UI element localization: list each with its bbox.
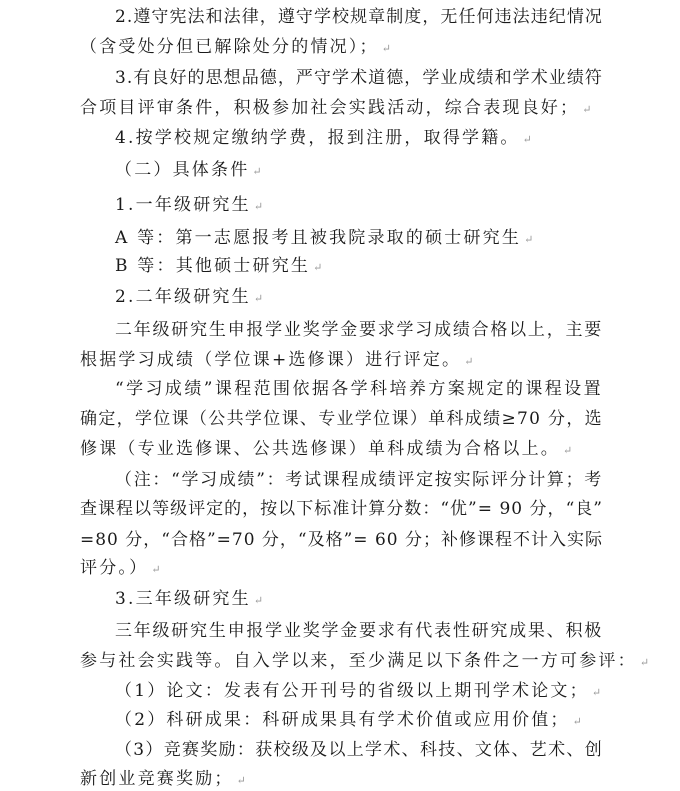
document-line: 1.一年级研究生↵ — [115, 195, 263, 217]
document-line: 根据学习成绩（学位课+选修课）进行评定。↵ — [80, 350, 473, 372]
document-line: 2.遵守宪法和法律，遵守学校规章制度，无任何违法违纪情况 — [115, 7, 603, 27]
document-line: 参与社会实践等。自入学以来，至少满足以下条件之一方可参评：↵ — [80, 651, 649, 673]
line-text: 4.按学校规定缴纳学费，报到注册，取得学籍。 — [115, 128, 520, 148]
document-line: 确定，学位课（公共学位课、专业学位课）单科成绩≥70 分，选 — [80, 409, 603, 429]
document-line: 查课程以等级评定的，按以下标准计算分数：“优”= 90 分，“良” — [80, 499, 603, 519]
document-line: =80 分，“合格”=70 分，“及格”= 60 分；补修课程不计入实际 — [80, 530, 603, 550]
paragraph-mark-icon: ↵ — [464, 355, 473, 368]
document-line: 二年级研究生申报学业奖学金要求学习成绩合格以上，主要 — [115, 320, 603, 340]
document-line: 3.三年级研究生↵ — [115, 589, 263, 611]
line-text: 二年级研究生申报学业奖学金要求学习成绩合格以上，主要 — [115, 320, 603, 340]
line-text: 参与社会实践等。自入学以来，至少满足以下条件之一方可参评： — [80, 651, 637, 671]
paragraph-mark-icon: ↵ — [313, 261, 322, 274]
line-text: 修课（专业选修课、公共选修课）单科成绩为合格以上。 — [80, 439, 560, 459]
line-text: （3）竞赛奖励：获校级及以上学术、科技、文体、艺术、创 — [115, 740, 603, 760]
line-text: （含受处分但已解除处分的情况）； — [80, 37, 379, 57]
paragraph-mark-icon: ↵ — [237, 774, 246, 787]
line-text: 查课程以等级评定的，按以下标准计算分数：“优”= 90 分，“良” — [80, 499, 603, 519]
line-text: 评分。） — [80, 558, 148, 578]
paragraph-mark-icon: ↵ — [563, 444, 572, 457]
document-line: A 等：第一志愿报考且被我院录取的硕士研究生↵ — [115, 228, 533, 250]
line-text: 3.三年级研究生 — [115, 589, 251, 609]
line-text: 根据学习成绩（学位课+选修课）进行评定。 — [80, 350, 461, 370]
paragraph-mark-icon: ↵ — [573, 715, 582, 728]
document-line: （3）竞赛奖励：获校级及以上学术、科技、文体、艺术、创 — [115, 740, 603, 760]
line-text: B 等：其他硕士研究生 — [115, 256, 310, 276]
document-page: 2.遵守宪法和法律，遵守学校规章制度，无任何违法违纪情况（含受处分但已解除处分的… — [0, 0, 680, 791]
document-line: （二）具体条件↵ — [115, 160, 262, 182]
document-line: 修课（专业选修课、公共选修课）单科成绩为合格以上。↵ — [80, 439, 572, 461]
line-text: A 等：第一志愿报考且被我院录取的硕士研究生 — [115, 228, 521, 248]
line-text: （注：“学习成绩”：考试课程成绩评定按实际评分计算；考 — [115, 470, 603, 490]
document-line: 三年级研究生申报学业奖学金要求有代表性研究成果、积极 — [115, 621, 603, 641]
line-text: 三年级研究生申报学业奖学金要求有代表性研究成果、积极 — [115, 621, 603, 641]
paragraph-mark-icon: ↵ — [523, 133, 532, 146]
document-line: （注：“学习成绩”：考试课程成绩评定按实际评分计算；考 — [115, 470, 603, 490]
line-text: 1.一年级研究生 — [115, 195, 251, 215]
document-line: B 等：其他硕士研究生↵ — [115, 256, 322, 278]
paragraph-mark-icon: ↵ — [254, 594, 263, 607]
document-line: 2.二年级研究生↵ — [115, 287, 263, 309]
line-text: 确定，学位课（公共学位课、专业学位课）单科成绩≥70 分，选 — [80, 409, 603, 429]
line-text: 2.二年级研究生 — [115, 287, 251, 307]
line-text: 2.遵守宪法和法律，遵守学校规章制度，无任何违法违纪情况 — [115, 7, 603, 27]
document-line: 新创业竞赛奖励；↵ — [80, 769, 246, 791]
line-text: （二）具体条件 — [115, 160, 249, 180]
document-line: （含受处分但已解除处分的情况）；↵ — [80, 37, 391, 59]
line-text: 合项目评审条件，积极参加社会实践活动，综合表现良好； — [80, 98, 579, 118]
paragraph-mark-icon: ↵ — [254, 292, 263, 305]
paragraph-mark-icon: ↵ — [151, 563, 160, 576]
document-line: 3.有良好的思想品德，严守学术道德，学业成绩和学术业绩符 — [115, 68, 603, 88]
line-text: 3.有良好的思想品德，严守学术道德，学业成绩和学术业绩符 — [115, 68, 603, 88]
document-line: 4.按学校规定缴纳学费，报到注册，取得学籍。↵ — [115, 128, 532, 150]
paragraph-mark-icon: ↵ — [592, 686, 601, 699]
document-line: “学习成绩”课程范围依据各学科培养方案规定的课程设置 — [115, 379, 603, 399]
paragraph-mark-icon: ↵ — [640, 656, 649, 669]
paragraph-mark-icon: ↵ — [524, 233, 533, 246]
paragraph-mark-icon: ↵ — [252, 165, 261, 178]
document-line: 评分。）↵ — [80, 558, 161, 580]
document-line: （2）科研成果：科研成果具有学术价值或应用价值；↵ — [115, 710, 582, 732]
document-line: （1）论文：发表有公开刊号的省级以上期刊学术论文；↵ — [115, 681, 601, 703]
paragraph-mark-icon: ↵ — [382, 42, 391, 55]
paragraph-mark-icon: ↵ — [582, 103, 591, 116]
line-text: 新创业竞赛奖励； — [80, 769, 234, 789]
line-text: =80 分，“合格”=70 分，“及格”= 60 分；补修课程不计入实际 — [80, 530, 603, 550]
paragraph-mark-icon: ↵ — [254, 200, 263, 213]
line-text: （2）科研成果：科研成果具有学术价值或应用价值； — [115, 710, 570, 730]
line-text: （1）论文：发表有公开刊号的省级以上期刊学术论文； — [115, 681, 589, 701]
line-text: “学习成绩”课程范围依据各学科培养方案规定的课程设置 — [115, 379, 603, 399]
document-line: 合项目评审条件，积极参加社会实践活动，综合表现良好；↵ — [80, 98, 591, 120]
